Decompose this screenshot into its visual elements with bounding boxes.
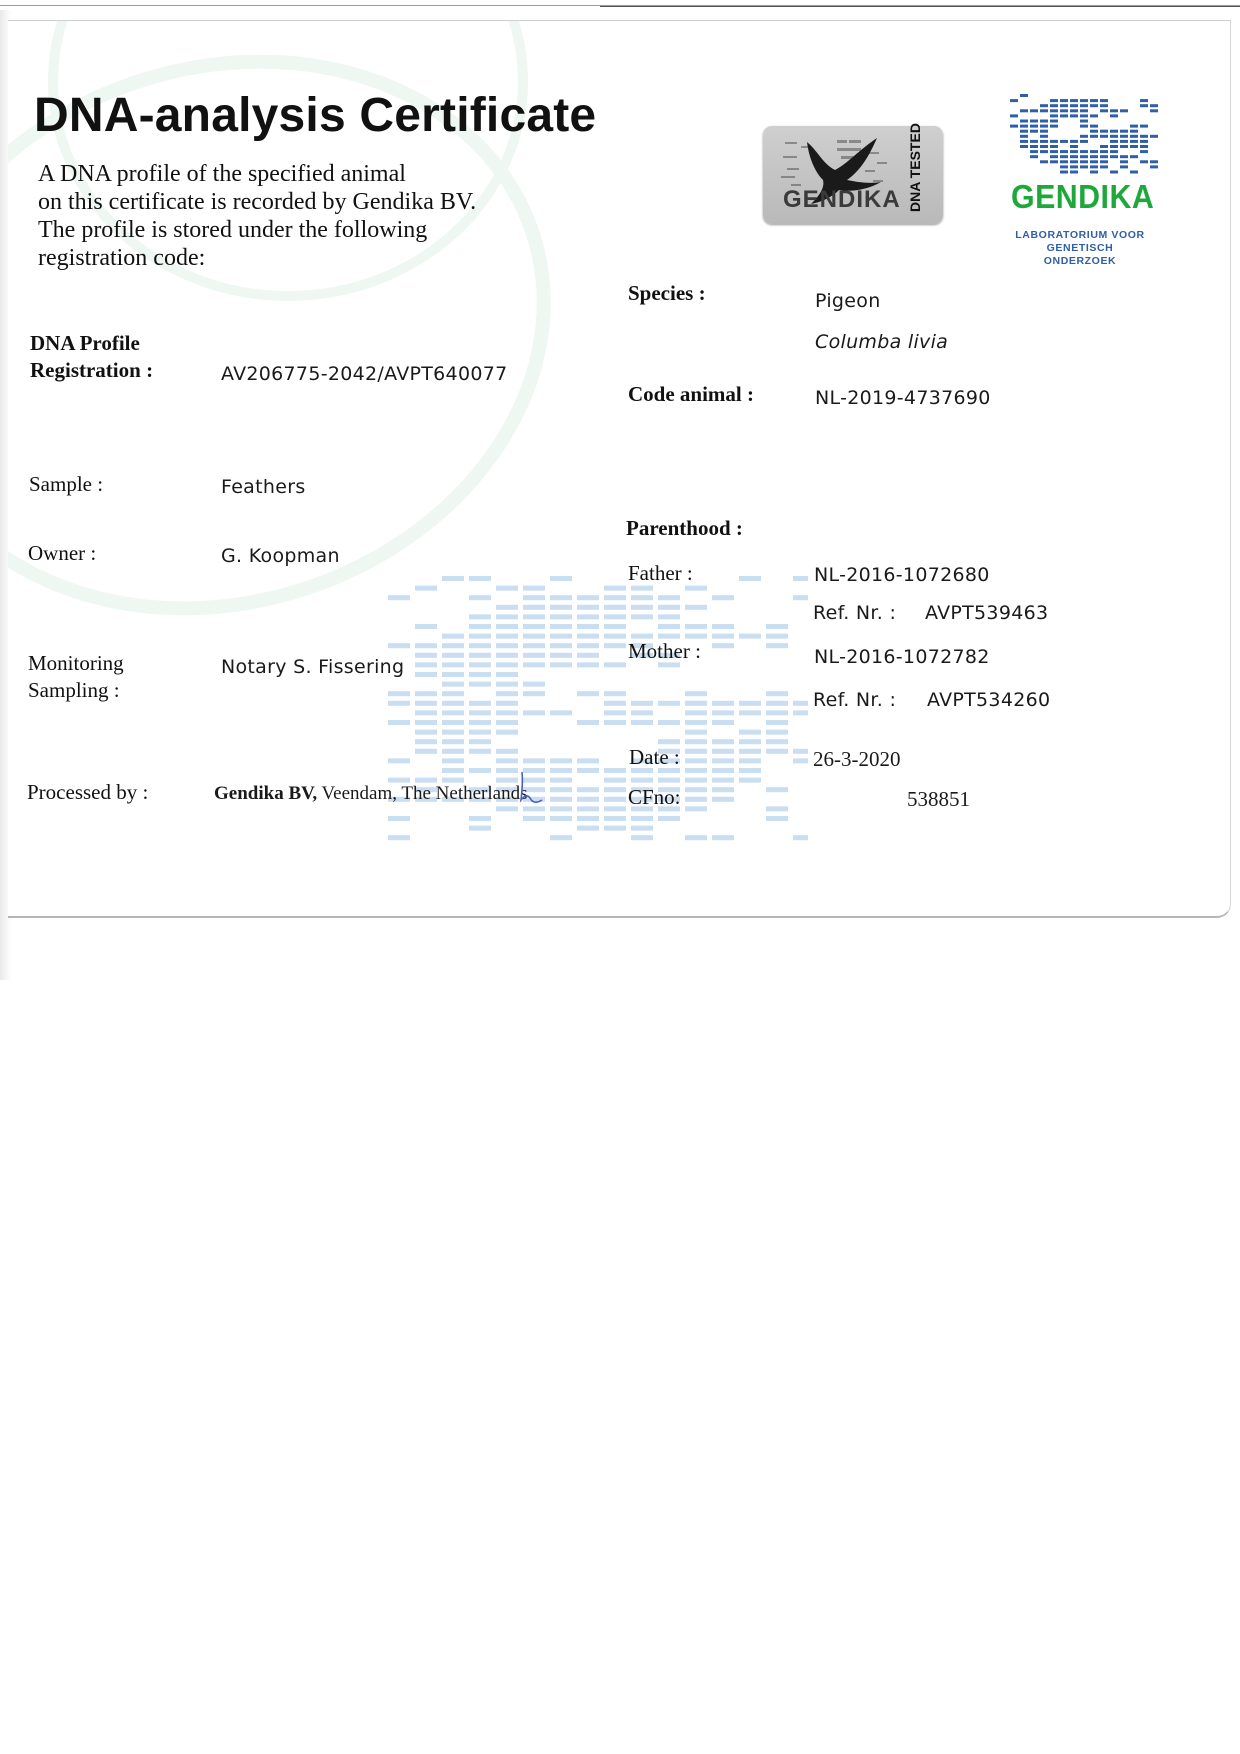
mother-label: Mother : [628,638,701,665]
logo-brand-name: GENDIKA [1011,178,1154,216]
date-label: Date : [629,744,680,771]
species-latin-name: Columba livia [815,329,948,355]
registration-label-line: DNA Profile [30,330,153,357]
father-ref-value: AVPT539463 [925,600,1048,626]
mother-ref-label: Ref. Nr. : [813,687,896,713]
cfno-value: 538851 [907,786,970,812]
logo-subtitle-line: GENETISCH ONDERZOEK [1010,242,1150,268]
badge-brand-text: GENDIKA [783,186,901,214]
dna-tested-badge: GENDIKA DNA TESTED [763,126,943,224]
processed-by-company: Gendika BV, [214,783,317,804]
dna-g-logo-icon [1010,94,1160,176]
father-code: NL-2016-1072680 [814,562,990,588]
monitoring-value: Notary S. Fissering [221,654,404,680]
mother-code: NL-2016-1072782 [814,644,990,670]
logo-subtitle: LABORATORIUM VOOR GENETISCH ONDERZOEK [1010,229,1150,268]
cfno-label: CFno: [628,784,681,811]
species-label: Species : [628,280,706,307]
certificate-intro: A DNA profile of the specified animal on… [38,160,476,272]
badge-vertical-text: DNA TESTED [907,123,923,212]
processed-by-label: Processed by : [27,779,148,806]
monitoring-label-line: Sampling : [28,677,124,704]
registration-label-line: Registration : [30,357,153,384]
processed-by-value: Gendika BV, Veendam, The Netherlands [214,781,528,807]
father-label: Father : [628,560,693,587]
processed-by-location: Veendam, The Netherlands [317,783,527,804]
intro-line: registration code: [38,244,476,272]
date-value: 26-3-2020 [813,746,901,772]
registration-value: AV206775-2042/AVPT640077 [221,361,508,387]
registration-label: DNA Profile Registration : [30,330,153,384]
sample-label: Sample : [29,471,103,498]
certificate-title: DNA-analysis Certificate [34,88,596,143]
intro-line: The profile is stored under the followin… [38,216,476,244]
father-ref-label: Ref. Nr. : [813,600,896,626]
mother-ref-value: AVPT534260 [927,687,1050,713]
scan-edge-line [600,6,1240,7]
monitoring-label-line: Monitoring [28,650,124,677]
dna-watermark-icon [388,576,808,851]
parenthood-label: Parenthood : [626,515,743,542]
species-common-name: Pigeon [815,288,881,314]
code-animal-label: Code animal : [628,381,754,408]
intro-line: A DNA profile of the specified animal [38,160,476,188]
owner-value: G. Koopman [221,543,340,569]
monitoring-label: Monitoring Sampling : [28,650,124,704]
code-animal-value: NL-2019-4737690 [815,385,991,411]
owner-label: Owner : [28,540,96,567]
sample-value: Feathers [221,474,306,500]
signature-mark [518,770,546,806]
logo-subtitle-line: LABORATORIUM VOOR [1010,229,1150,242]
intro-line: on this certificate is recorded by Gendi… [38,188,476,216]
